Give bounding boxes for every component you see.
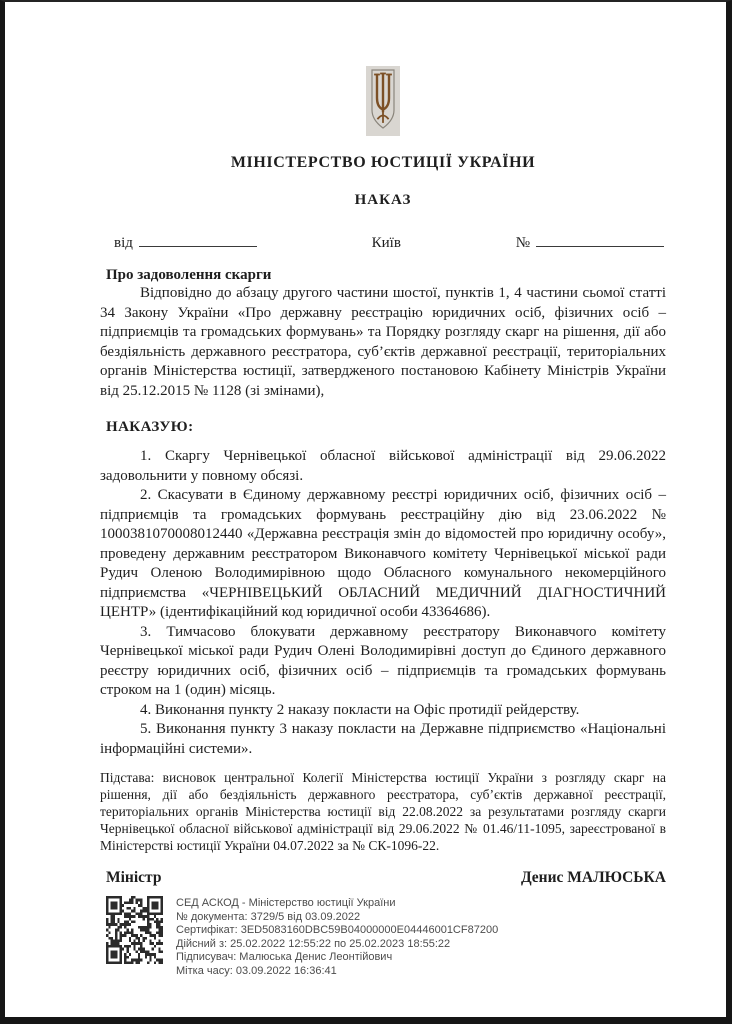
- number-blank-line: [536, 233, 664, 247]
- date-blank-line: [139, 233, 257, 247]
- scanned-page: МІНІСТЕРСТВО ЮСТИЦІЇ УКРАЇНИ НАКАЗ від К…: [0, 0, 732, 1024]
- date-field: від: [114, 233, 257, 252]
- subject-heading: Про задоволення скарги: [106, 267, 666, 284]
- date-label: від: [114, 235, 133, 251]
- order-item-3: 3. Тимчасово блокувати державному реєстр…: [100, 623, 666, 701]
- document-content: МІНІСТЕРСТВО ЮСТИЦІЇ УКРАЇНИ НАКАЗ від К…: [100, 66, 666, 979]
- city-label: Київ: [257, 235, 516, 252]
- order-item-2: 2. Скасувати в Єдиному державному реєстр…: [100, 486, 666, 623]
- order-items: 1. Скаргу Чернівецької обласної військов…: [100, 447, 666, 759]
- order-item-5: 5. Виконання пункту 3 наказу покласти на…: [100, 720, 666, 759]
- qr-code-icon: [106, 896, 163, 964]
- date-number-line: від Київ №: [100, 233, 666, 252]
- number-label: №: [516, 235, 530, 251]
- stamp-signer-line: Підписувач: Малюська Денис Леонтійович: [176, 951, 498, 965]
- stamp-system-line: СЕД АСКОД - Міністерство юстиції України: [176, 897, 498, 911]
- stamp-text-block: СЕД АСКОД - Міністерство юстиції України…: [176, 896, 498, 979]
- coat-of-arms-trident-icon: [366, 66, 400, 136]
- ministry-title: МІНІСТЕРСТВО ЮСТИЦІЇ УКРАЇНИ: [100, 154, 666, 172]
- stamp-timestamp-line: Мітка часу: 03.09.2022 16:36:41: [176, 965, 498, 979]
- stamp-certificate-line: Сертифікат: 3ED5083160DBC59B04000000E044…: [176, 924, 498, 938]
- basis-paragraph: Підстава: висновок центральної Колегії М…: [100, 769, 666, 854]
- signer-name: Денис МАЛЮСЬКА: [521, 869, 666, 887]
- signer-title: Міністр: [106, 869, 161, 887]
- number-field: №: [516, 233, 664, 252]
- document-type-title: НАКАЗ: [100, 192, 666, 209]
- intro-paragraph: Відповідно до абзацу другого частини шос…: [100, 284, 666, 401]
- order-item-1: 1. Скаргу Чернівецької обласної військов…: [100, 447, 666, 486]
- stamp-doc-number-line: № документа: 3729/5 від 03.09.2022: [176, 911, 498, 925]
- order-heading: НАКАЗУЮ:: [106, 419, 666, 436]
- signature-row: Міністр Денис МАЛЮСЬКА: [100, 869, 666, 887]
- digital-signature-stamp: СЕД АСКОД - Міністерство юстиції України…: [106, 896, 666, 979]
- order-item-4: 4. Виконання пункту 2 наказу покласти на…: [100, 701, 666, 721]
- stamp-validity-line: Дійсний з: 25.02.2022 12:55:22 по 25.02.…: [176, 938, 498, 952]
